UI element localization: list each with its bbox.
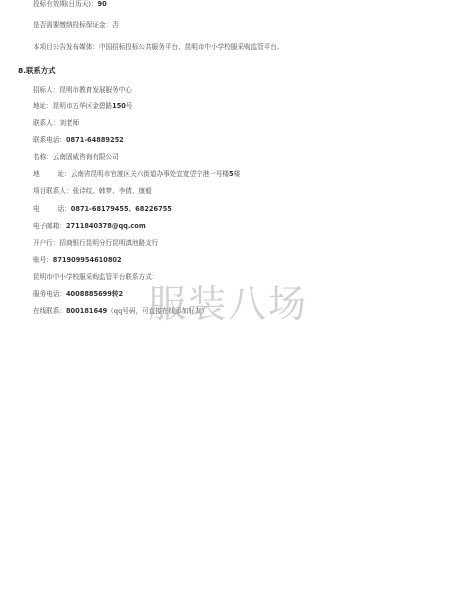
contact-value: 昆明市中小学校服采购监管平台联系方式： bbox=[33, 273, 158, 281]
contact-value: 招商银行昆明分行昆明滇池路支行 bbox=[59, 239, 158, 247]
contact-value-number: 800181649 bbox=[66, 307, 107, 315]
contact-label: 联系人： bbox=[33, 119, 59, 127]
deposit-required-label: 是否需要缴纳投标保证金： bbox=[33, 21, 112, 29]
contact-line-tenderer: 招标人：昆明市教育发展服务中心 bbox=[33, 86, 132, 95]
contact-line-service-phone: 服务电话：4008885699转2 bbox=[33, 290, 123, 299]
section-title: 联系方式 bbox=[26, 66, 56, 75]
contact-value-number: 0871-64889252 bbox=[66, 136, 124, 144]
contact-label: 开户行： bbox=[33, 239, 59, 247]
contact-label: 在线联系： bbox=[33, 307, 66, 315]
contact-value-number: 4008885699转2 bbox=[66, 290, 123, 298]
contact-line-address: 地址：昆明市五华区金碧路150号 bbox=[33, 102, 132, 111]
contact-value-suffix: 楼 bbox=[234, 170, 241, 178]
contact-line-project-contacts: 项目联系人：张诗纹、韩梦、李倩、康毅 bbox=[33, 187, 152, 196]
contact-line-agency-phone: 电话：0871-68179455、68226755 bbox=[33, 205, 172, 214]
publish-media-label: 本项目公告发布媒体： bbox=[33, 43, 99, 51]
email-link[interactable]: 2711840378@qq.com bbox=[66, 222, 146, 230]
contact-label: 服务电话： bbox=[33, 290, 66, 298]
watermark: 服装八场 bbox=[148, 273, 308, 328]
contact-label: 联系电话： bbox=[33, 136, 66, 144]
contact-line-email: 电子邮箱：2711840378@qq.com bbox=[33, 222, 146, 231]
contact-value: 云南固威咨询有限公司 bbox=[53, 153, 119, 161]
contact-label: 账号： bbox=[33, 256, 53, 264]
contact-label: 电 bbox=[33, 205, 40, 213]
contact-label: 地址： bbox=[33, 102, 53, 110]
contact-value: 刘老师 bbox=[59, 119, 79, 127]
contact-label: 招标人： bbox=[33, 86, 59, 94]
section-heading: 8.联系方式 bbox=[18, 65, 56, 76]
contact-label: 址： bbox=[58, 170, 71, 178]
deposit-required-line: 是否需要缴纳投标保证金：否 bbox=[33, 21, 119, 30]
contact-line-platform-heading: 昆明市中小学校服采购监管平台联系方式： bbox=[33, 273, 158, 282]
contact-value-number: 0871-68179455、68226755 bbox=[71, 205, 172, 213]
section-number: 8. bbox=[18, 66, 26, 75]
publish-media-line: 本项目公告发布媒体：中国招标投标公共服务平台、昆明市中小学校服采购监管平台。 bbox=[33, 43, 284, 52]
contact-value-suffix: 号 bbox=[126, 102, 133, 110]
deposit-required-value: 否 bbox=[112, 21, 119, 29]
contact-value: 昆明市教育发展服务中心 bbox=[59, 86, 132, 94]
publish-media-value: 中国招标投标公共服务平台、昆明市中小学校服采购监管平台。 bbox=[99, 43, 284, 51]
contact-value-number: 150 bbox=[112, 102, 126, 110]
contact-value: 张诗纹、韩梦、李倩、康毅 bbox=[73, 187, 152, 195]
contact-value: 昆明市五华区金碧路 bbox=[53, 102, 112, 110]
contact-label: 电子邮箱： bbox=[33, 222, 66, 230]
contact-line-agency-name: 名称：云南固威咨询有限公司 bbox=[33, 153, 119, 162]
contact-line-bank: 开户行：招商银行昆明分行昆明滇池路支行 bbox=[33, 239, 158, 248]
contact-line-account: 账号：871909954610802 bbox=[33, 256, 122, 265]
contact-line-person: 联系人：刘老师 bbox=[33, 119, 79, 128]
bid-validity-value: 90 bbox=[98, 0, 107, 8]
contact-value-number: 871909954610802 bbox=[53, 256, 122, 264]
contact-label: 地 bbox=[33, 170, 40, 178]
contact-value: 云南省昆明市官渡区关六街道办事处宜宽望宁港一号楼 bbox=[71, 170, 229, 178]
contact-label: 名称： bbox=[33, 153, 53, 161]
contact-line-agency-address: 地址：云南省昆明市官渡区关六街道办事处宜宽望宁港一号楼5楼 bbox=[33, 170, 240, 179]
contact-line-phone: 联系电话：0871-64889252 bbox=[33, 136, 124, 145]
contact-label: 项目联系人： bbox=[33, 187, 73, 195]
bid-validity-line: 投标有效期(日历天)：90 bbox=[33, 0, 107, 9]
bid-validity-label: 投标有效期(日历天)： bbox=[33, 0, 98, 8]
contact-label: 话： bbox=[58, 205, 71, 213]
